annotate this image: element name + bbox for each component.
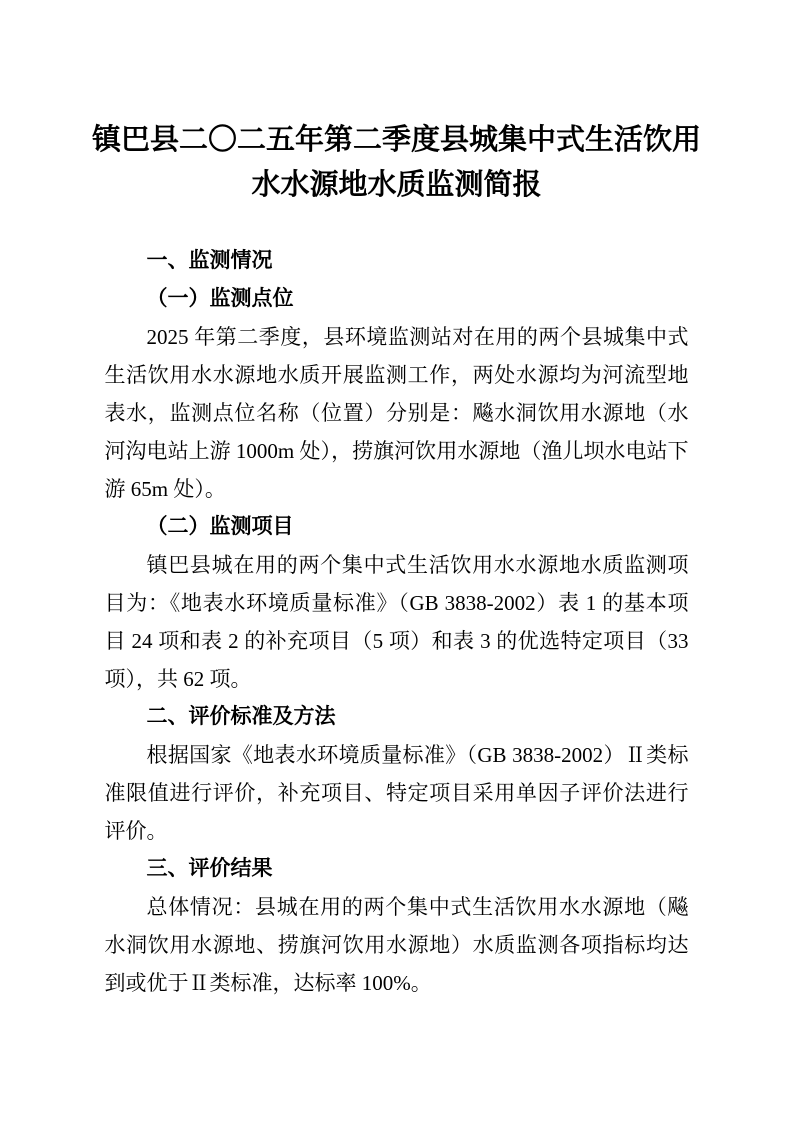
section-1-sub-2-heading: （二）监测项目	[105, 508, 689, 546]
section-1-heading: 一、监测情况	[105, 242, 689, 280]
monitoring-items-paragraph: 镇巴县城在用的两个集中式生活饮用水水源地水质监测项目为：《地表水环境质量标准》（…	[105, 546, 689, 698]
monitoring-sites-paragraph: 2025 年第二季度，县环境监测站对在用的两个县城集中式生活饮用水水源地水质开展…	[105, 318, 689, 508]
evaluation-result-paragraph: 总体情况：县城在用的两个集中式生活饮用水水源地（飚水洞饮用水源地、捞旗河饮用水源…	[105, 888, 689, 1002]
document-page: 镇巴县二〇二五年第二季度县城集中式生活饮用水水源地水质监测简报 一、监测情况 （…	[0, 0, 793, 1122]
document-body: 一、监测情况 （一）监测点位 2025 年第二季度，县环境监测站对在用的两个县城…	[105, 242, 689, 1002]
section-3-heading: 三、评价结果	[105, 850, 689, 888]
section-1-sub-1-heading: （一）监测点位	[105, 280, 689, 318]
document-title: 镇巴县二〇二五年第二季度县城集中式生活饮用水水源地水质监测简报	[86, 0, 708, 208]
section-2-heading: 二、评价标准及方法	[105, 698, 689, 736]
evaluation-method-paragraph: 根据国家《地表水环境质量标准》（GB 3838-2002）Ⅱ类标准限值进行评价，…	[105, 736, 689, 850]
